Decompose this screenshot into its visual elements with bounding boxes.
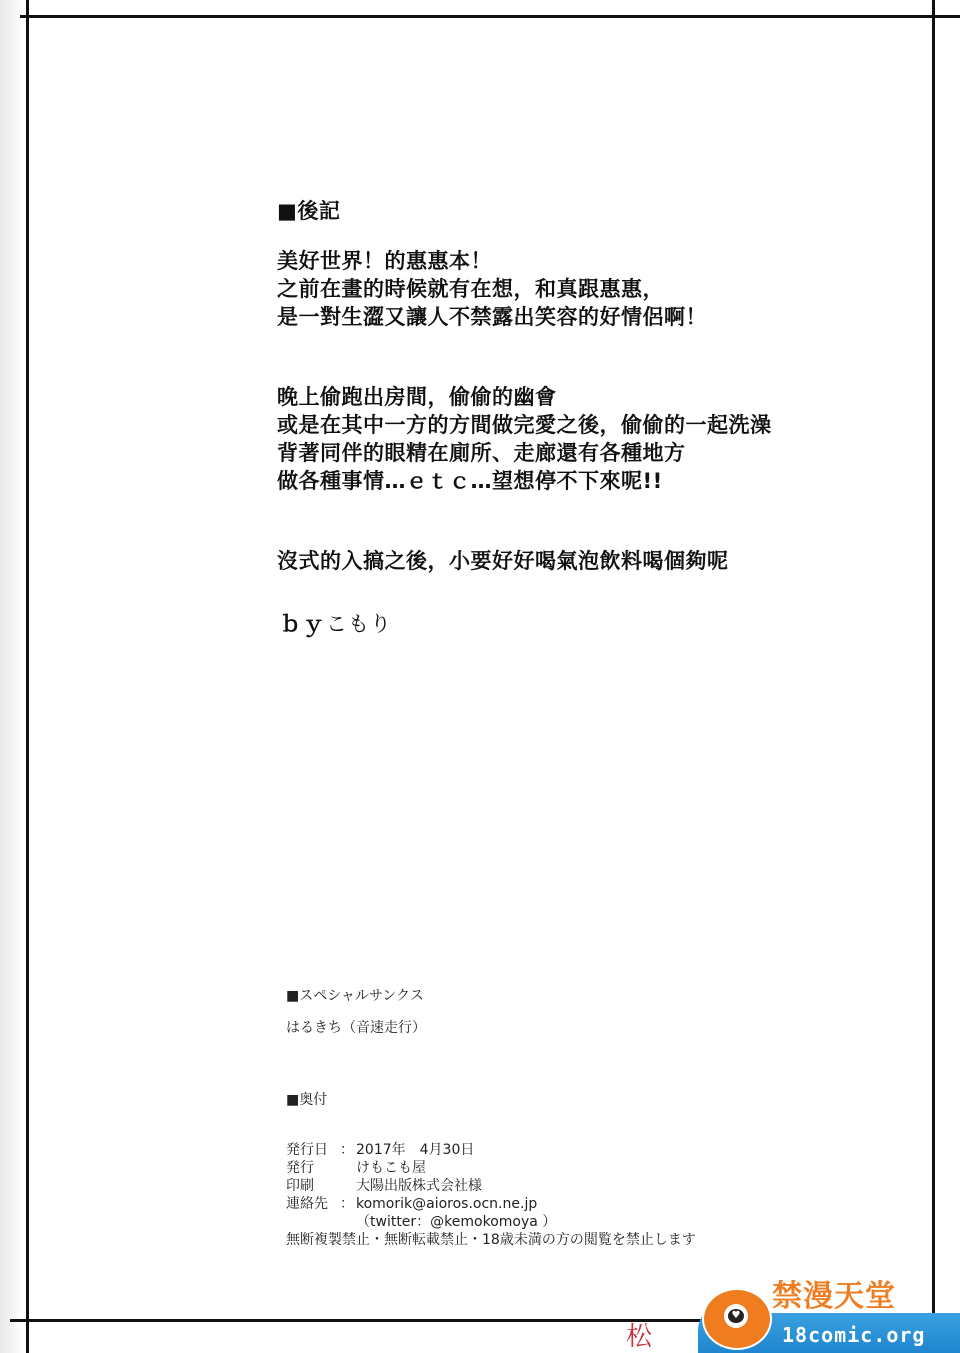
- info-separator: [338, 1177, 356, 1195]
- afterword-paragraph-2: 晚上偷跑出房間，偷偷的幽會 或是在其中一方的方間做完愛之後，偷偷的一起洗澡 背著…: [277, 383, 772, 495]
- text-line: 之前在畫的時候就有在想，和真跟惠惠，: [277, 275, 772, 303]
- info-separator: ：: [338, 1141, 356, 1159]
- site-watermark: ♥ 禁漫天堂 18comic.org: [680, 1270, 960, 1353]
- info-value: けもこも屋: [356, 1159, 556, 1177]
- author-signature: ｂｙこもり: [280, 608, 392, 638]
- contact-email: komorik@aioros.ocn.ne.jp: [356, 1195, 556, 1213]
- info-row-twitter: （twitter：@kemokomoya ）: [286, 1213, 556, 1231]
- info-row-publisher: 発行 けもこも屋: [286, 1159, 556, 1177]
- info-key: [286, 1213, 338, 1231]
- colophon-section: ■スペシャルサンクス はるきち（音速走行） ■奥付 発行日 ： 2017年 4月…: [286, 987, 696, 1249]
- text-line: 背著同伴的眼精在廁所、走廊還有各種地方: [277, 439, 772, 467]
- info-row-printer: 印刷 大陽出版株式会社様: [286, 1177, 556, 1195]
- heart-icon: ♥: [728, 1309, 744, 1323]
- special-thanks-title: ■スペシャルサンクス: [286, 987, 696, 1005]
- watermark-brand-name: 禁漫天堂: [772, 1280, 896, 1314]
- afterword-paragraph-3: 沒式的入搞之後，小要好好喝氣泡飲料喝個夠呢: [277, 547, 772, 575]
- info-row-contact: 連絡先 ： komorik@aioros.ocn.ne.jp: [286, 1195, 556, 1213]
- publication-info-table: 発行日 ： 2017年 4月30日 発行 けもこも屋 印刷 大陽出版株式会社様 …: [286, 1141, 556, 1231]
- info-value: 2017年 4月30日: [356, 1141, 556, 1159]
- frame-left-line: [26, 0, 29, 1353]
- info-key: 発行日: [286, 1141, 338, 1159]
- afterword-heading: ■後記: [277, 197, 772, 225]
- info-key: 印刷: [286, 1177, 338, 1195]
- info-row-publish-date: 発行日 ： 2017年 4月30日: [286, 1141, 556, 1159]
- text-line: 沒式的入搞之後，小要好好喝氣泡飲料喝個夠呢: [277, 547, 772, 575]
- special-thanks-name: はるきち（音速走行）: [286, 1019, 696, 1037]
- info-key: 発行: [286, 1159, 338, 1177]
- text-line: 或是在其中一方的方間做完愛之後，偷偷的一起洗澡: [277, 411, 772, 439]
- afterword-paragraph-1: 美好世界！的惠惠本！ 之前在畫的時候就有在想，和真跟惠惠， 是一對生澀又讓人不禁…: [277, 247, 772, 331]
- signature-prefix: ｂｙ: [280, 612, 326, 636]
- okuzuke-title: ■奥付: [286, 1091, 696, 1109]
- watermark-brand-url: 18comic.org: [782, 1323, 925, 1347]
- text-line: 美好世界！的惠惠本！: [277, 247, 772, 275]
- text-line: 做各種事情…ｅｔｃ…望想停不下來呢!!: [277, 467, 772, 495]
- frame-top-line: [20, 15, 960, 18]
- mascot-eye: ♥: [724, 1304, 748, 1328]
- info-separator: [338, 1213, 356, 1231]
- red-stamp-character: 松: [626, 1322, 652, 1352]
- info-key: 連絡先: [286, 1195, 338, 1213]
- info-separator: [338, 1159, 356, 1177]
- twitter-handle: （twitter：@kemokomoya ）: [356, 1213, 556, 1231]
- copyright-notice: 無断複製禁止・無断転載禁止・18歳未満の方の閲覧を禁止します: [286, 1231, 696, 1249]
- signature-name: こもり: [326, 612, 392, 636]
- frame-right-line: [932, 0, 935, 1353]
- page-scan-edge: [0, 0, 22, 1353]
- text-line: 晚上偷跑出房間，偷偷的幽會: [277, 383, 772, 411]
- info-separator: ：: [338, 1195, 356, 1213]
- text-line: 是一對生澀又讓人不禁露出笑容的好情侶啊！: [277, 303, 772, 331]
- info-value: 大陽出版株式会社様: [356, 1177, 556, 1195]
- afterword-section: ■後記 美好世界！的惠惠本！ 之前在畫的時候就有在想，和真跟惠惠， 是一對生澀又…: [277, 197, 772, 575]
- orange-whale-mascot-icon: ♥: [702, 1288, 772, 1350]
